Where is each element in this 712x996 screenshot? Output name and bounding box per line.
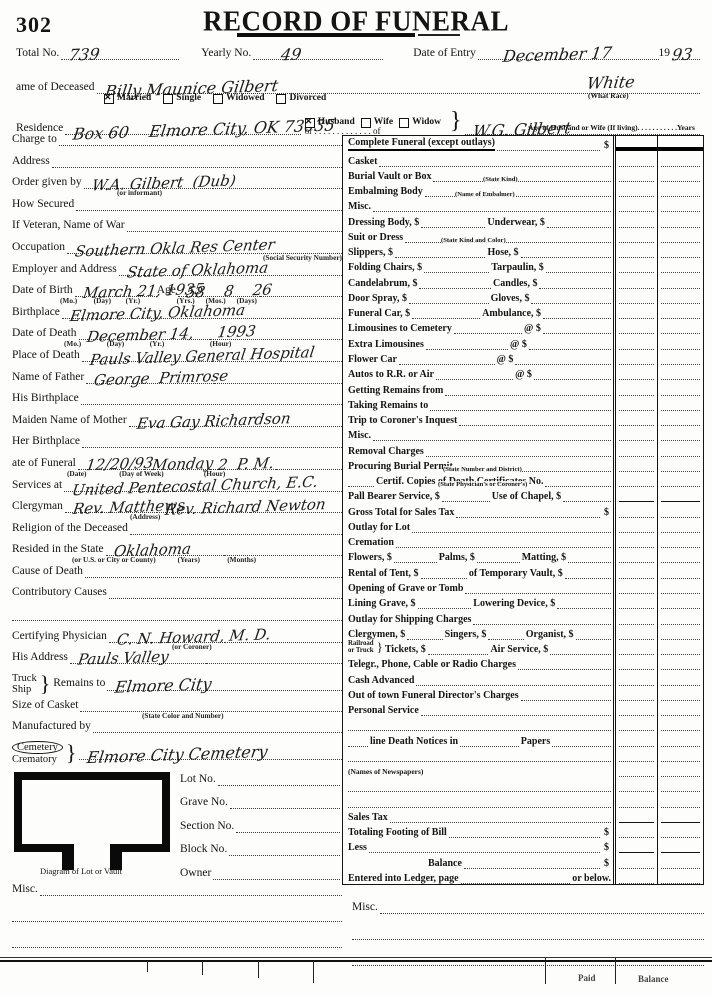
dotted-line <box>260 283 342 297</box>
amount-cell-2 <box>657 777 703 792</box>
charge-row: Getting Remains from <box>343 380 703 395</box>
charge-label: of Temporary Vault, $ <box>469 568 563 579</box>
charge-label-area: Entered into Ledger, pageor below. <box>343 869 613 884</box>
charge-label: Dressing Body, $ <box>348 217 419 228</box>
field-label: Remains to <box>53 677 105 690</box>
charge-row: Folding Chairs, $Tarpaulin, $ <box>343 258 703 273</box>
amount-cell-1 <box>613 716 657 731</box>
brace-lines: TruckShip <box>12 673 37 695</box>
charge-label-area: Opening of Grave or Tomb <box>343 579 613 594</box>
amount-cell-2 <box>657 869 703 884</box>
charge-row: Certif. Copies of Death Certificates No.… <box>343 472 703 487</box>
amount-cell-2 <box>657 579 703 594</box>
charge-label-area: Gross Total for Sales Tax$ <box>343 502 613 517</box>
dotted-line <box>394 553 437 563</box>
charge-label: Burial Vault or Box <box>348 171 431 182</box>
dotted-line: 739 <box>61 46 179 60</box>
field-label: Address <box>12 155 50 168</box>
amount-cell-1 <box>613 304 657 319</box>
dotted-line: 12/20/93 <box>78 456 144 470</box>
amount-cell-2 <box>657 136 703 151</box>
title-underline-thin <box>418 34 460 36</box>
dotted-line <box>213 175 342 189</box>
field-line: Date of BirthMarch 21, 1935Age58 8 26 <box>12 282 342 297</box>
amount-cell-1 <box>613 380 657 395</box>
charge-sublabel: (Name of Embalmer) <box>455 191 515 198</box>
charge-label-area <box>343 747 613 762</box>
amount-cell-1 <box>613 762 657 777</box>
charge-label-area: Balance$ <box>343 853 613 868</box>
dotted-line <box>93 719 342 733</box>
dotted-line <box>459 416 611 426</box>
charge-label-area <box>343 716 613 731</box>
amount-dotted-line <box>619 187 654 197</box>
field-label: Charge to <box>12 133 57 146</box>
tick-mark <box>147 961 148 972</box>
dotted-line <box>405 233 611 243</box>
charge-label: Autos to R.R. or Air <box>348 369 434 380</box>
charge-label-area: Candelabrum, $Candles, $ <box>343 273 613 288</box>
amount-cell-1 <box>613 502 657 517</box>
charge-label-area: Folding Chairs, $Tarpaulin, $ <box>343 258 613 273</box>
form-field-row: Maiden Name of MotherEva Gay Richardson <box>12 412 342 434</box>
amount-cell-1 <box>613 334 657 349</box>
charge-label-area: (Names of Newspapers) <box>343 762 613 777</box>
dotted-line <box>424 263 489 273</box>
marital-status-group: MarriedSingleWidowedDivorced <box>104 93 338 103</box>
field-sublabel: (Date) (Day of Week) (Hour) <box>67 470 342 477</box>
charge-label: @ $ <box>510 339 527 350</box>
charge-label-area: Dressing Body, $Underwear, $ <box>343 212 613 227</box>
charge-label: Door Spray, $ <box>348 293 407 304</box>
amount-cell-2 <box>657 289 703 304</box>
dotted-line <box>449 828 600 838</box>
dotted-line <box>409 294 489 304</box>
dotted-line <box>348 737 368 747</box>
field-label: Name of Father <box>12 371 84 384</box>
dotted-line <box>529 340 611 350</box>
amount-dotted-line <box>619 447 654 457</box>
amount-cell-2 <box>657 151 703 166</box>
dotted-line <box>518 660 611 670</box>
dotted-line <box>565 569 611 579</box>
left-fields-column: Charge toAddressOrder given byW.A. Gilbe… <box>12 131 342 878</box>
form-field-row: Cause of Death <box>12 563 342 585</box>
dotted-line <box>436 370 513 380</box>
charge-row: Entered into Ledger, pageor below. <box>343 869 703 884</box>
dotted-line <box>40 882 342 896</box>
dotted-line <box>212 348 342 362</box>
charge-row: Suit or Dress(State Kind and Color) <box>343 228 703 243</box>
dotted-line: Elmore City Cemetery <box>79 746 342 760</box>
dotted-line <box>230 795 340 809</box>
charge-sublabel: (State Number and District) <box>443 466 522 473</box>
amount-dotted-line <box>661 370 700 380</box>
amount-cell-1 <box>613 792 657 807</box>
charge-row <box>343 792 703 807</box>
dotted-line <box>348 721 611 731</box>
dotted-line <box>396 538 611 548</box>
field-label: Block No. <box>180 843 227 856</box>
charge-label-area: Out of town Funeral Director's Charges <box>343 686 613 701</box>
charge-label-area: Suit or Dress(State Kind and Color) <box>343 228 613 243</box>
amount-dotted-line <box>661 721 700 731</box>
amount-dotted-line <box>661 815 700 823</box>
amount-dotted-line <box>616 141 657 151</box>
field-label: Place of Death <box>12 349 80 362</box>
field-label: Order given by <box>12 176 82 189</box>
amount-cell-1 <box>613 731 657 746</box>
brace-line-label: Crematory <box>12 754 63 765</box>
amount-cell-1 <box>613 579 657 594</box>
field-line: Manufactured by <box>12 718 342 733</box>
amount-dotted-line <box>619 416 654 426</box>
amount-cell-1 <box>613 548 657 563</box>
dotted-line <box>552 737 611 747</box>
amount-dotted-line <box>619 569 654 579</box>
field-label: Birthplace <box>12 306 60 319</box>
amount-dotted-line <box>619 294 654 304</box>
amount-dotted-line <box>661 538 700 548</box>
field-line: Employer and AddressState of Oklahoma <box>12 261 342 276</box>
form-field-row: Place of DeathPauls Valley General Hospi… <box>12 347 342 369</box>
charge-row: Autos to R.R. or Air@ $ <box>343 365 703 380</box>
charge-label: Balance <box>428 858 462 869</box>
dotted-line <box>352 952 704 966</box>
charge-row <box>343 777 703 792</box>
form-field-row: Name of FatherGeorge Primrose <box>12 369 342 391</box>
handwritten-value: Elmore City Cemetery <box>87 746 269 763</box>
field-line: ClergymanRev. MatthewsRev. Richard Newto… <box>12 498 342 513</box>
charge-label: Candles, $ <box>493 278 537 289</box>
field-label: Size of Casket <box>12 699 78 712</box>
charge-label: Gross Total for Sales Tax <box>348 507 454 518</box>
amount-dotted-line <box>661 431 700 441</box>
dotted-line <box>426 340 508 350</box>
dotted-line <box>59 132 342 146</box>
dotted-line <box>82 434 342 448</box>
deceased-label: ame of Deceased <box>16 81 95 94</box>
form-field-row: His AddressPauls Valley <box>12 649 342 671</box>
amount-dotted-line <box>619 630 654 640</box>
form-field-row: Date of BirthMarch 21, 1935Age58 8 26(Mo… <box>12 282 342 304</box>
dotted-line <box>202 305 342 319</box>
dotted-line <box>563 492 611 502</box>
amount-dotted-line <box>619 462 654 472</box>
charge-label-area: Trip to Coroner's Inquest <box>343 411 613 426</box>
amount-dotted-line <box>661 828 700 838</box>
dotted-line <box>428 645 489 655</box>
amount-dotted-line <box>619 386 654 396</box>
charge-label-area: Removal Charges <box>343 441 613 456</box>
charge-row: Trip to Coroner's Inquest <box>343 411 703 426</box>
amount-cell-1 <box>613 808 657 823</box>
amount-cell-2 <box>657 670 703 685</box>
brace-line-label: Cemetery <box>12 741 63 754</box>
charge-label-area: Taking Remains to <box>343 396 613 411</box>
amount-dotted-line <box>619 645 654 655</box>
amount-cell-1 <box>613 533 657 548</box>
dotted-line: March 21, 1935 <box>75 283 157 297</box>
misc-row: Misc. <box>12 878 342 904</box>
form-field-row: His Birthplace <box>12 390 342 412</box>
form-field-row: BirthplaceElmore City, Oklahoma <box>12 304 342 326</box>
tick-mark <box>202 961 203 975</box>
charge-row: Out of town Funeral Director's Charges <box>343 686 703 701</box>
charge-label-area: Rental of Tent, $of Temporary Vault, $ <box>343 563 613 578</box>
field-label: Contributory Causes <box>12 586 107 599</box>
amount-cell-2 <box>657 472 703 487</box>
dotted-line <box>230 262 342 276</box>
charge-label: Complete Funeral (except outlays) <box>348 137 495 151</box>
amount-dotted-line <box>661 508 700 518</box>
amount-dotted-line <box>619 202 654 212</box>
field-line: Contributory Causes <box>12 584 342 599</box>
dotted-line <box>206 650 342 664</box>
amount-cell-2 <box>657 380 703 395</box>
dotted-line: Pauls Valley <box>70 650 206 664</box>
header-row-numbers: Total No. 739 Yearly No. 49 Date of Entr… <box>16 46 700 60</box>
amount-cell-1 <box>613 167 657 182</box>
amount-dotted-line <box>661 737 700 747</box>
dotted-line <box>76 197 342 211</box>
charge-label-area: Flowers, $Palms, $Matting, $ <box>343 548 613 563</box>
amount-dotted-line <box>619 340 654 350</box>
field-sublabel: (or informant) <box>117 189 342 196</box>
charge-row: Outlay for Shipping Charges <box>343 609 703 624</box>
charge-label-area: Sales Tax <box>343 808 613 823</box>
charge-label: Outlay for Lot <box>348 522 410 533</box>
charge-row: Cremation <box>343 533 703 548</box>
brace-lines: Railroador Truck <box>348 641 374 655</box>
charge-row: Complete Funeral (except outlays)$ <box>343 136 703 151</box>
field-label: His Birthplace <box>12 392 79 405</box>
field-label: How Secured <box>12 198 74 211</box>
amount-dotted-line <box>619 599 654 609</box>
dotted-line <box>418 599 472 609</box>
amount-cell-1 <box>613 350 657 365</box>
dotted-line <box>568 553 611 563</box>
amount-dotted-line <box>658 141 703 151</box>
amount-cell-1 <box>613 487 657 502</box>
amount-cell-1 <box>613 243 657 258</box>
amount-dotted-line <box>661 798 700 808</box>
charge-label-area: Less$ <box>343 838 613 853</box>
amount-dotted-line <box>619 767 654 777</box>
charge-label: Casket <box>348 156 377 167</box>
charge-label: Cremation <box>348 537 394 548</box>
amount-dotted-line <box>619 263 654 273</box>
brace-line-label: Truck <box>12 673 37 684</box>
charge-label-area: Complete Funeral (except outlays)$ <box>343 136 613 151</box>
form-field-row: Manufactured by <box>12 718 342 740</box>
cutoff-balance-label: Balance <box>638 974 669 984</box>
amount-dotted-line <box>619 845 654 853</box>
brace-field: CemeteryCrematory}Elmore City Cemetery <box>12 740 342 766</box>
amount-dotted-line <box>619 752 654 762</box>
tick-mark <box>313 961 314 983</box>
amount-cell-2 <box>657 747 703 762</box>
dotted-line: 2 P. M. <box>210 456 276 470</box>
charge-label: Flowers, $ <box>348 552 392 563</box>
charge-label-area: Slippers, $Hose, $ <box>343 243 613 258</box>
dotted-line: December 17 <box>478 46 659 60</box>
tick-mark <box>258 961 259 978</box>
amount-dotted-line <box>661 615 700 625</box>
charge-label: Gloves, $ <box>491 293 530 304</box>
amount-dotted-line <box>619 157 654 167</box>
charge-label: Suit or Dress <box>348 232 403 243</box>
amount-dotted-line <box>661 523 700 533</box>
dotted-line <box>473 615 611 625</box>
misc-right-section: Misc. <box>352 896 704 974</box>
charge-label-area: Railroador Truck}Tickets, $Air Service, … <box>343 640 613 655</box>
charge-label: line Death Notices in <box>370 736 458 747</box>
amount-cell-2 <box>657 441 703 456</box>
checkbox-husband <box>305 118 315 128</box>
dotted-line <box>497 141 600 151</box>
charge-sublabel: (State Physician's or Coroner's) <box>438 481 527 488</box>
amount-dotted-line <box>661 447 700 457</box>
amount-dotted-line <box>619 615 654 625</box>
charge-label-area: Pall Bearer Service, $Use of Chapel, $ <box>343 487 613 502</box>
amount-cell-1 <box>613 136 657 151</box>
amount-dotted-line <box>619 538 654 548</box>
charge-label-area: Casket <box>343 151 613 166</box>
amount-cell-2 <box>657 640 703 655</box>
lot-vault-diagram <box>14 772 170 874</box>
amount-cell-1 <box>613 441 657 456</box>
amount-dotted-line <box>661 355 700 365</box>
dotted-line <box>416 676 611 686</box>
charge-label: Folding Chairs, $ <box>348 262 422 273</box>
charge-label: Opening of Grave or Tomb <box>348 583 463 594</box>
charge-row: Lining Grave, $Lowering Device, $ <box>343 594 703 609</box>
charge-row: Personal Service <box>343 701 703 716</box>
charge-row: Gross Total for Sales Tax$ <box>343 502 703 517</box>
dotted-line <box>464 859 600 869</box>
brace-glyph: } <box>40 671 51 697</box>
dotted-line: United Pentecostal Church, E.C. <box>64 478 203 492</box>
amount-dotted-line <box>619 828 654 838</box>
amount-dotted-line <box>619 477 654 487</box>
amount-cell-2 <box>657 243 703 258</box>
field-line: Services atUnited Pentecostal Church, E.… <box>12 477 342 492</box>
dotted-line: Rev. Matthews <box>65 499 157 513</box>
field-label: Maiden Name of Mother <box>12 414 127 427</box>
amount-cell-2 <box>657 853 703 868</box>
dotted-line <box>380 900 704 914</box>
spouse-brace: } <box>450 108 462 135</box>
field-line: ate of Funeral12/20/93Monday2 P. M. <box>12 455 342 470</box>
charge-label-area: Door Spray, $Gloves, $ <box>343 289 613 304</box>
form-field-row: Contributory Causes <box>12 584 342 606</box>
amount-cell-1 <box>613 609 657 624</box>
charge-row: Dressing Body, $Underwear, $ <box>343 212 703 227</box>
amount-cell-1 <box>613 365 657 380</box>
field-sublabel: (Mo.) (Day) (Yr.) (Yrs.) (Mos.) (Days) <box>60 297 342 304</box>
amount-cell-1 <box>613 411 657 426</box>
amount-dotted-line <box>619 324 654 334</box>
tick-mark <box>615 958 616 984</box>
amount-dotted-line <box>661 630 700 640</box>
amount-dotted-line <box>619 523 654 533</box>
amount-dotted-line <box>661 233 700 243</box>
dotted-line <box>205 240 343 254</box>
checkbox-wife <box>361 118 371 128</box>
field-line: Certifying PhysicianC. N. Howard, M. D. <box>12 628 342 643</box>
form-field-row: Employer and AddressState of Oklahoma <box>12 261 342 283</box>
amount-dotted-line <box>661 660 700 670</box>
form-field-row: OccupationSouthern Okla Res Center(Socia… <box>12 239 342 261</box>
dotted-line: State of Oklahoma <box>119 262 231 276</box>
dotted-line <box>550 645 611 655</box>
charge-label-area: Funeral Car, $Ambulance, $ <box>343 304 613 319</box>
amount-cell-1 <box>613 472 657 487</box>
charge-row: Rental of Tent, $of Temporary Vault, $ <box>343 563 703 578</box>
charge-label: Limousines to Cemetery <box>348 323 452 334</box>
charge-label: Ambulance, $ <box>482 308 541 319</box>
amount-dotted-line <box>661 859 700 869</box>
charge-label: Palms, $ <box>439 552 475 563</box>
form-field-row: TruckShip}Remains toElmore City <box>12 671 342 697</box>
race-value: White <box>586 76 635 89</box>
brace-line-label: Ship <box>12 684 37 695</box>
amount-dotted-line <box>661 645 700 655</box>
dotted-line <box>534 370 611 380</box>
charge-row: Cash Advanced <box>343 670 703 685</box>
field-label: If Veteran, Name of War <box>12 219 125 232</box>
charge-label-area: Outlay for Lot <box>343 518 613 533</box>
amount-cell-2 <box>657 273 703 288</box>
charge-label: Out of town Funeral Director's Charges <box>348 690 519 701</box>
dotted-line <box>521 248 611 258</box>
charge-sublabel: (State Kind and Color) <box>441 237 506 244</box>
charge-row: Opening of Grave or Tomb <box>343 579 703 594</box>
dotted-line <box>348 782 611 792</box>
checkbox-label: Widow <box>412 117 441 127</box>
bottom-rule <box>0 957 712 958</box>
dotted-line <box>250 499 342 513</box>
field-sublabel: (Mo.) (Day) (Yr.) (Hour) <box>64 340 342 347</box>
field-sublabel: (State Color and Number) <box>142 712 342 719</box>
field-label: Section No. <box>180 820 234 833</box>
dotted-line <box>543 309 611 319</box>
checkbox-widow <box>399 118 409 128</box>
field-label: Employer and Address <box>12 263 117 276</box>
charge-row: Misc. <box>343 197 703 212</box>
charge-label-area: Getting Remains from <box>343 380 613 395</box>
misc-row <box>12 930 342 956</box>
amount-cell-2 <box>657 487 703 502</box>
charge-label-area: Outlay for Shipping Charges <box>343 609 613 624</box>
form-field-row: Size of Casket(State Color and Number) <box>12 697 342 719</box>
dotted-line <box>235 413 342 427</box>
amount-dotted-line <box>661 584 700 594</box>
checkbox-married <box>104 94 114 104</box>
brace-field: TruckShip}Remains toElmore City <box>12 671 342 697</box>
field-line: Charge to <box>12 131 342 146</box>
amount-dotted-line <box>661 477 700 487</box>
amount-cell-2 <box>657 594 703 609</box>
amount-cell-1 <box>613 838 657 853</box>
amount-dotted-line <box>619 431 654 441</box>
amount-cell-2 <box>657 182 703 197</box>
lot-diagram-section: Diagram of Lot or Vault Lot No.Grave No.… <box>12 766 342 878</box>
amount-dotted-line <box>661 874 700 884</box>
dotted-line <box>454 324 522 334</box>
charge-label: @ $ <box>524 323 541 334</box>
